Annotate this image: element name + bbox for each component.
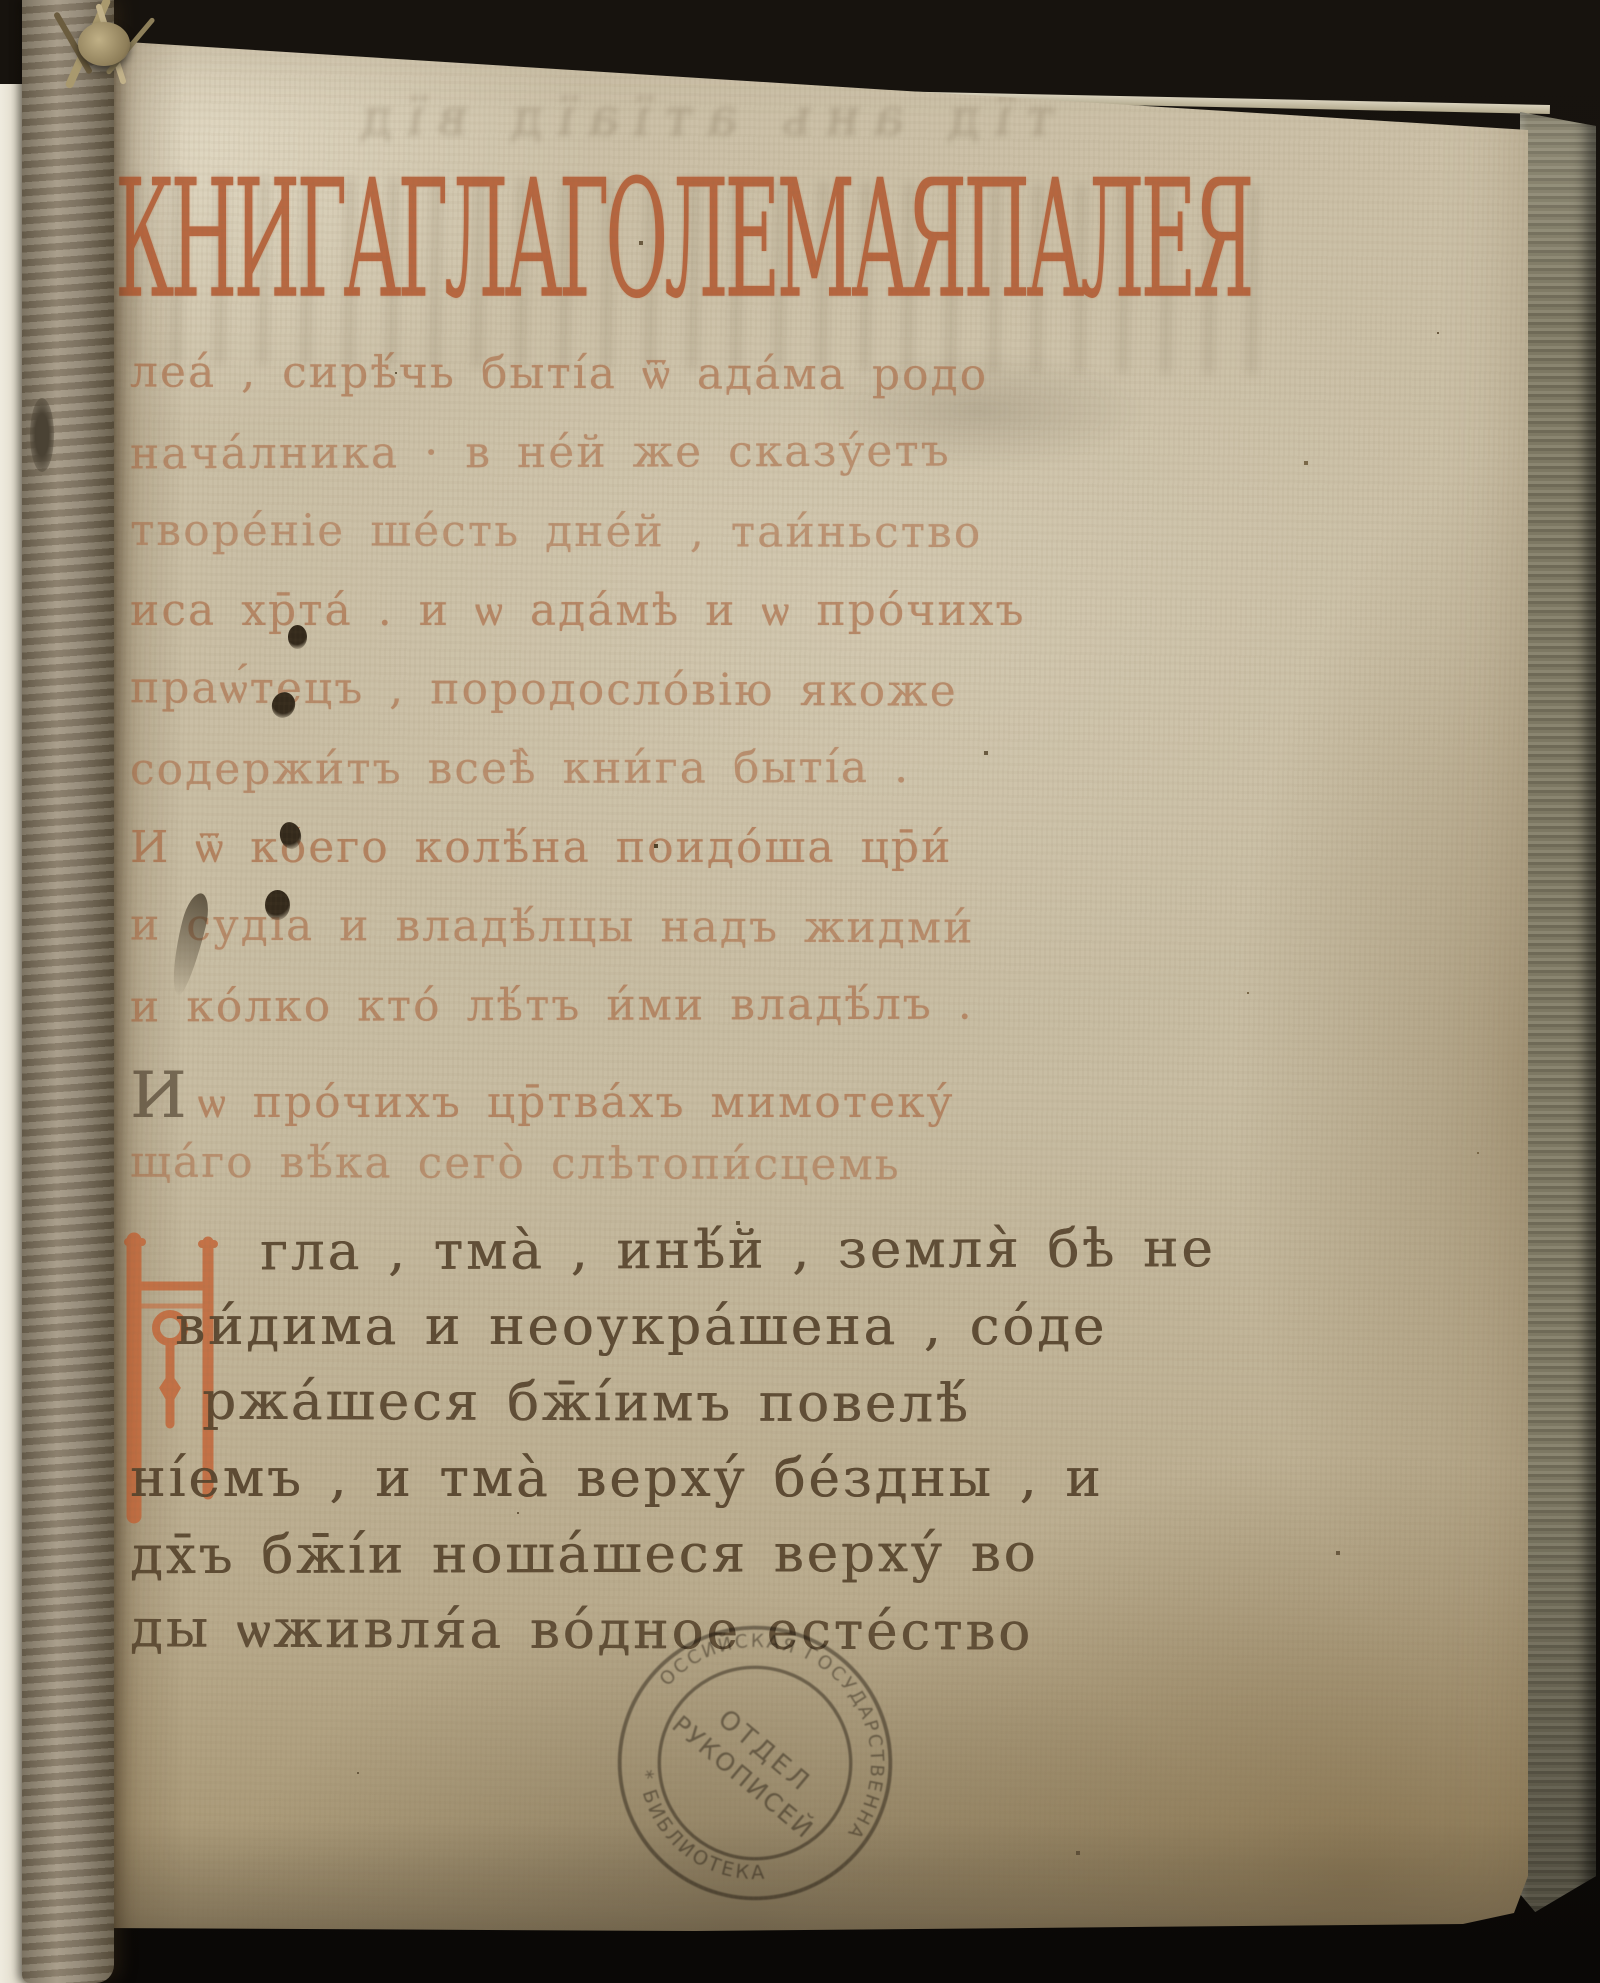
verso-show-through-text: тїд ань атїаїд вїд bbox=[151, 88, 1059, 148]
text-line-red-10-rest: ѡ про́чихъ цр̄тва́хъ мимотеку́ bbox=[198, 1077, 955, 1128]
ink-blot bbox=[288, 625, 307, 649]
text-line-red-5: праѡ́тецъ , породосло́вію якоже bbox=[130, 662, 958, 717]
fore-edge-page-stack bbox=[1520, 112, 1596, 1912]
text-line-dark-3: ржа́шеся бж̄і́имъ повелѣ́ bbox=[130, 1371, 971, 1435]
text-line-red-6: содержи́тъ всеѣ̀ кни́га быті́а . bbox=[130, 742, 910, 795]
text-line-red-10: Иѡ про́чихъ цр̄тва́хъ мимотеку́ bbox=[130, 1059, 955, 1133]
text-line-red-3: творе́ніе ше́сть дне́й , таи́ньство bbox=[130, 505, 982, 558]
text-line-red-8: и суді́а и владѣ́лцы надъ жидми́ bbox=[130, 900, 975, 954]
text-line-dark-6: ды ѡживля́а во́дное есте́ство bbox=[130, 1598, 1033, 1662]
folio-number: 1 bbox=[1389, 69, 1430, 128]
text-line-dark-5: дх̄ъ бж̄і́и ноша́шеся верху́ во bbox=[130, 1523, 1039, 1586]
manuscript-photo: тїд ань атїаїд вїд 1 КНИГАГЛАГОЛЕМАЯПАЛЕ… bbox=[0, 0, 1600, 1983]
text-line-red-11: ща́го вѣ́ка сего̀ слѣтопи́сцемь bbox=[130, 1137, 901, 1191]
ink-blot bbox=[30, 398, 54, 472]
spine-sewing-cord bbox=[22, 0, 114, 1983]
vyaz-headline: КНИГАГЛАГОЛЕМАЯПАЛЕЯ bbox=[115, 158, 1251, 321]
text-line-dark-4: ні́емъ , и тма̀ верху́ бе́здны , и bbox=[130, 1448, 1104, 1509]
text-line-red-4: иса хр̄та́ . и ѡ ада́мѣ и ѡ про́чихъ bbox=[130, 585, 1026, 636]
text-line-dark-2: ви́дима и неоукра́шена , со́де bbox=[130, 1296, 1107, 1357]
dark-ink-initial: И bbox=[130, 1059, 188, 1133]
ink-blot bbox=[265, 890, 290, 920]
text-line-red-2: нача́лника · в не́й же сказу́етъ bbox=[130, 426, 951, 480]
manuscript-page: тїд ань атїаїд вїд 1 КНИГАГЛАГОЛЕМАЯПАЛЕ… bbox=[95, 30, 1528, 1942]
text-line-red-7: И ѿ ко́его колѣ́на поидо́ша цр̄и́ bbox=[130, 822, 952, 873]
text-line-red-1: леа́ , сирѣ́чь быті́а ѿ ада́ма родо bbox=[130, 347, 988, 401]
text-line-dark-1: гла , тма̀ , инѣ́й , земля̀ бѣ не bbox=[130, 1218, 1216, 1283]
text-line-red-9: и ко́лко кто́ лѣ́тъ и́ми владѣ́лъ . bbox=[130, 979, 974, 1033]
cord-knot bbox=[78, 22, 130, 66]
